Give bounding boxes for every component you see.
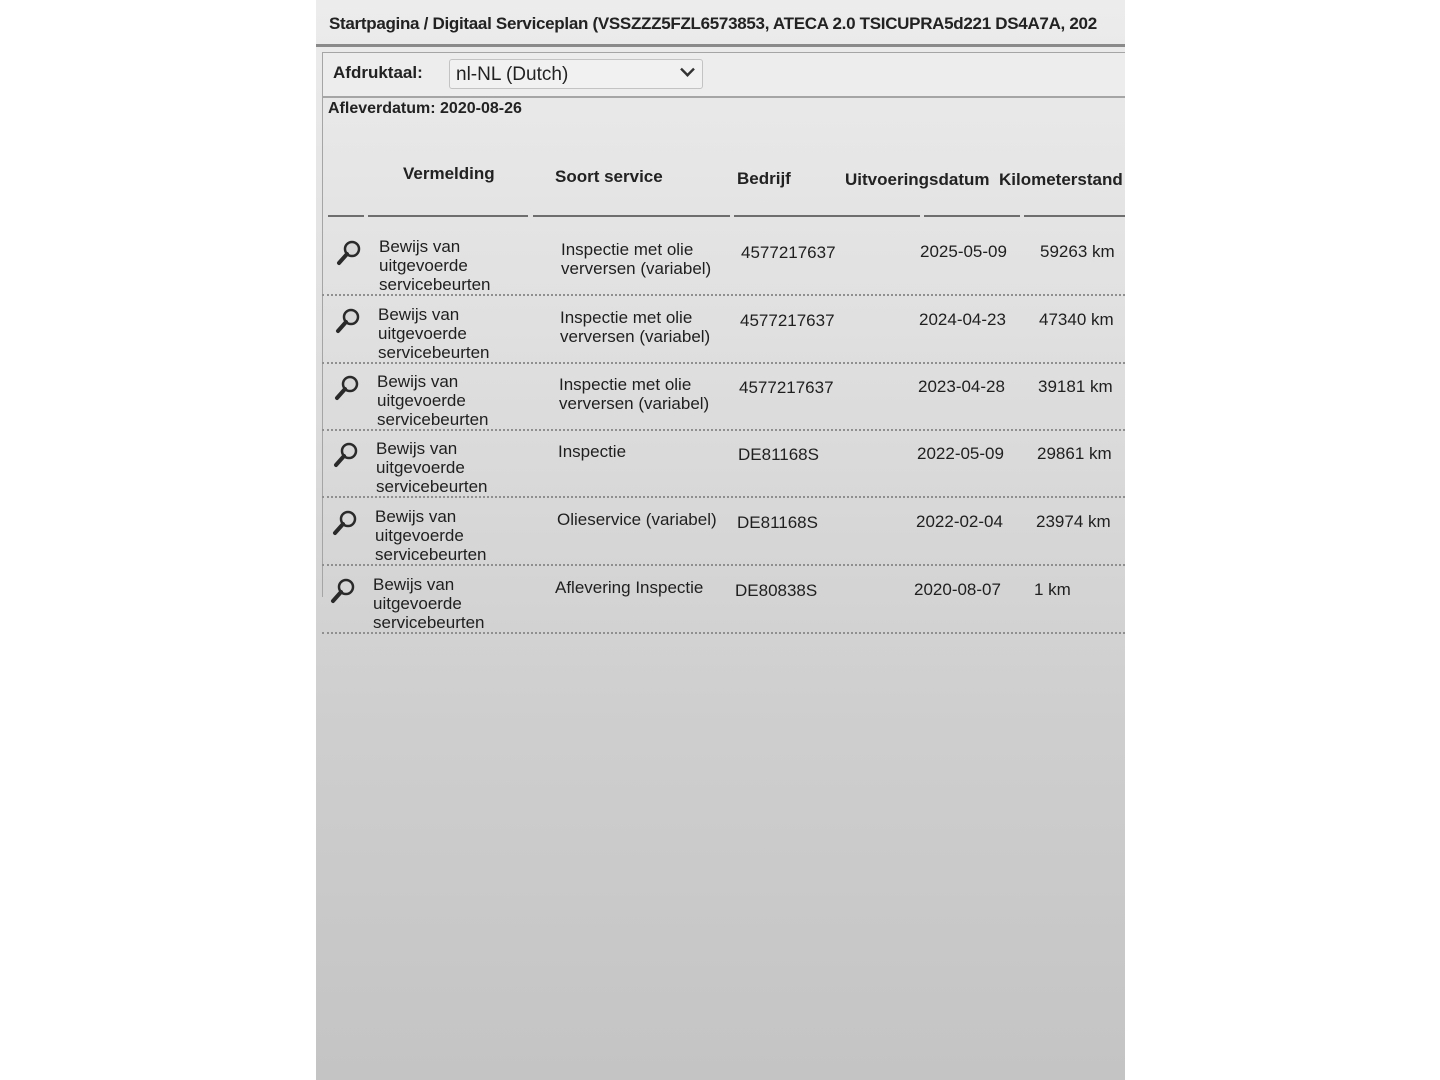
company-cell: DE81168S xyxy=(737,513,818,532)
header-underline xyxy=(1024,215,1125,217)
magnifier-icon[interactable] xyxy=(330,508,360,538)
col-header-mileage[interactable]: Kilometerstand xyxy=(999,170,1123,190)
service-type-cell: Olieservice (variabel) xyxy=(557,510,717,529)
mileage-cell: 47340 km xyxy=(1039,310,1114,329)
mileage-cell: 23974 km xyxy=(1036,512,1111,531)
mileage-cell: 39181 km xyxy=(1038,377,1113,396)
service-type-cell: Inspectie met olieverversen (variabel) xyxy=(561,240,711,278)
table-row[interactable]: Bewijs vanuitgevoerdeservicebeurten Insp… xyxy=(322,365,1125,431)
row-divider xyxy=(322,632,1125,634)
header-underline xyxy=(734,215,920,217)
magnifier-icon[interactable] xyxy=(332,373,362,403)
service-type-cell: Inspectie xyxy=(558,442,626,461)
table-row[interactable]: Bewijs vanuitgevoerdeservicebeurten Afle… xyxy=(322,568,1125,634)
entry-cell: Bewijs vanuitgevoerdeservicebeurten xyxy=(373,575,485,632)
row-divider xyxy=(322,496,1125,498)
execution-date-cell: 2024-04-23 xyxy=(919,310,1006,329)
service-type-cell: Inspectie met olieverversen (variabel) xyxy=(559,375,709,413)
print-language-row: Afdruktaal: nl-NL (Dutch) xyxy=(322,52,1125,98)
delivery-date: Afleverdatum: 2020-08-26 xyxy=(328,100,522,118)
entry-cell: Bewijs vanuitgevoerdeservicebeurten xyxy=(376,439,488,496)
header-underline xyxy=(368,215,528,217)
chevron-down-icon xyxy=(680,62,695,77)
table-row[interactable]: Bewijs vanuitgevoerdeservicebeurten Insp… xyxy=(322,432,1125,498)
col-header-company[interactable]: Bedrijf xyxy=(737,169,791,189)
entry-cell: Bewijs vanuitgevoerdeservicebeurten xyxy=(377,372,489,429)
row-divider xyxy=(322,564,1125,566)
company-cell: 4577217637 xyxy=(740,311,835,330)
execution-date-cell: 2022-05-09 xyxy=(917,444,1004,463)
magnifier-icon[interactable] xyxy=(334,238,364,268)
header-underline xyxy=(533,215,730,217)
mileage-cell: 59263 km xyxy=(1040,242,1115,261)
col-header-execution-date[interactable]: Uitvoeringsdatum xyxy=(845,170,990,190)
header-underline xyxy=(328,215,364,217)
print-language-select[interactable]: nl-NL (Dutch) xyxy=(449,59,703,89)
execution-date-cell: 2023-04-28 xyxy=(918,377,1005,396)
execution-date-cell: 2020-08-07 xyxy=(914,580,1001,599)
col-header-entry[interactable]: Vermelding xyxy=(403,164,495,184)
row-divider xyxy=(322,362,1125,364)
company-cell: 4577217637 xyxy=(739,378,834,397)
table-row[interactable]: Bewijs vanuitgevoerdeservicebeurten Insp… xyxy=(322,298,1125,364)
breadcrumb[interactable]: Startpagina / Digitaal Serviceplan (VSSZ… xyxy=(329,14,1097,34)
service-type-cell: Aflevering Inspectie xyxy=(555,578,703,597)
row-divider xyxy=(322,429,1125,431)
magnifier-icon[interactable] xyxy=(331,440,361,470)
screen: Startpagina / Digitaal Serviceplan (VSSZ… xyxy=(316,0,1125,1080)
table-row[interactable]: Bewijs vanuitgevoerdeservicebeurten Olie… xyxy=(322,500,1125,566)
print-language-value: nl-NL (Dutch) xyxy=(456,64,568,85)
entry-cell: Bewijs vanuitgevoerdeservicebeurten xyxy=(378,305,490,362)
magnifier-icon[interactable] xyxy=(333,306,363,336)
company-cell: DE80838S xyxy=(735,581,817,600)
company-cell: 4577217637 xyxy=(741,243,836,262)
col-header-service-type[interactable]: Soort service xyxy=(555,167,663,187)
table-row[interactable]: Bewijs vanuitgevoerdeservicebeurten Insp… xyxy=(322,230,1125,296)
mileage-cell: 29861 km xyxy=(1037,444,1112,463)
header-divider xyxy=(316,44,1125,47)
entry-cell: Bewijs vanuitgevoerdeservicebeurten xyxy=(379,237,491,294)
row-divider xyxy=(322,294,1125,296)
execution-date-cell: 2022-02-04 xyxy=(916,512,1003,531)
print-language-label: Afdruktaal: xyxy=(333,63,423,83)
company-cell: DE81168S xyxy=(738,445,819,464)
service-type-cell: Inspectie met olieverversen (variabel) xyxy=(560,308,710,346)
execution-date-cell: 2025-05-09 xyxy=(920,242,1007,261)
mileage-cell: 1 km xyxy=(1034,580,1071,599)
entry-cell: Bewijs vanuitgevoerdeservicebeurten xyxy=(375,507,487,564)
magnifier-icon[interactable] xyxy=(328,576,358,606)
header-underline xyxy=(924,215,1020,217)
